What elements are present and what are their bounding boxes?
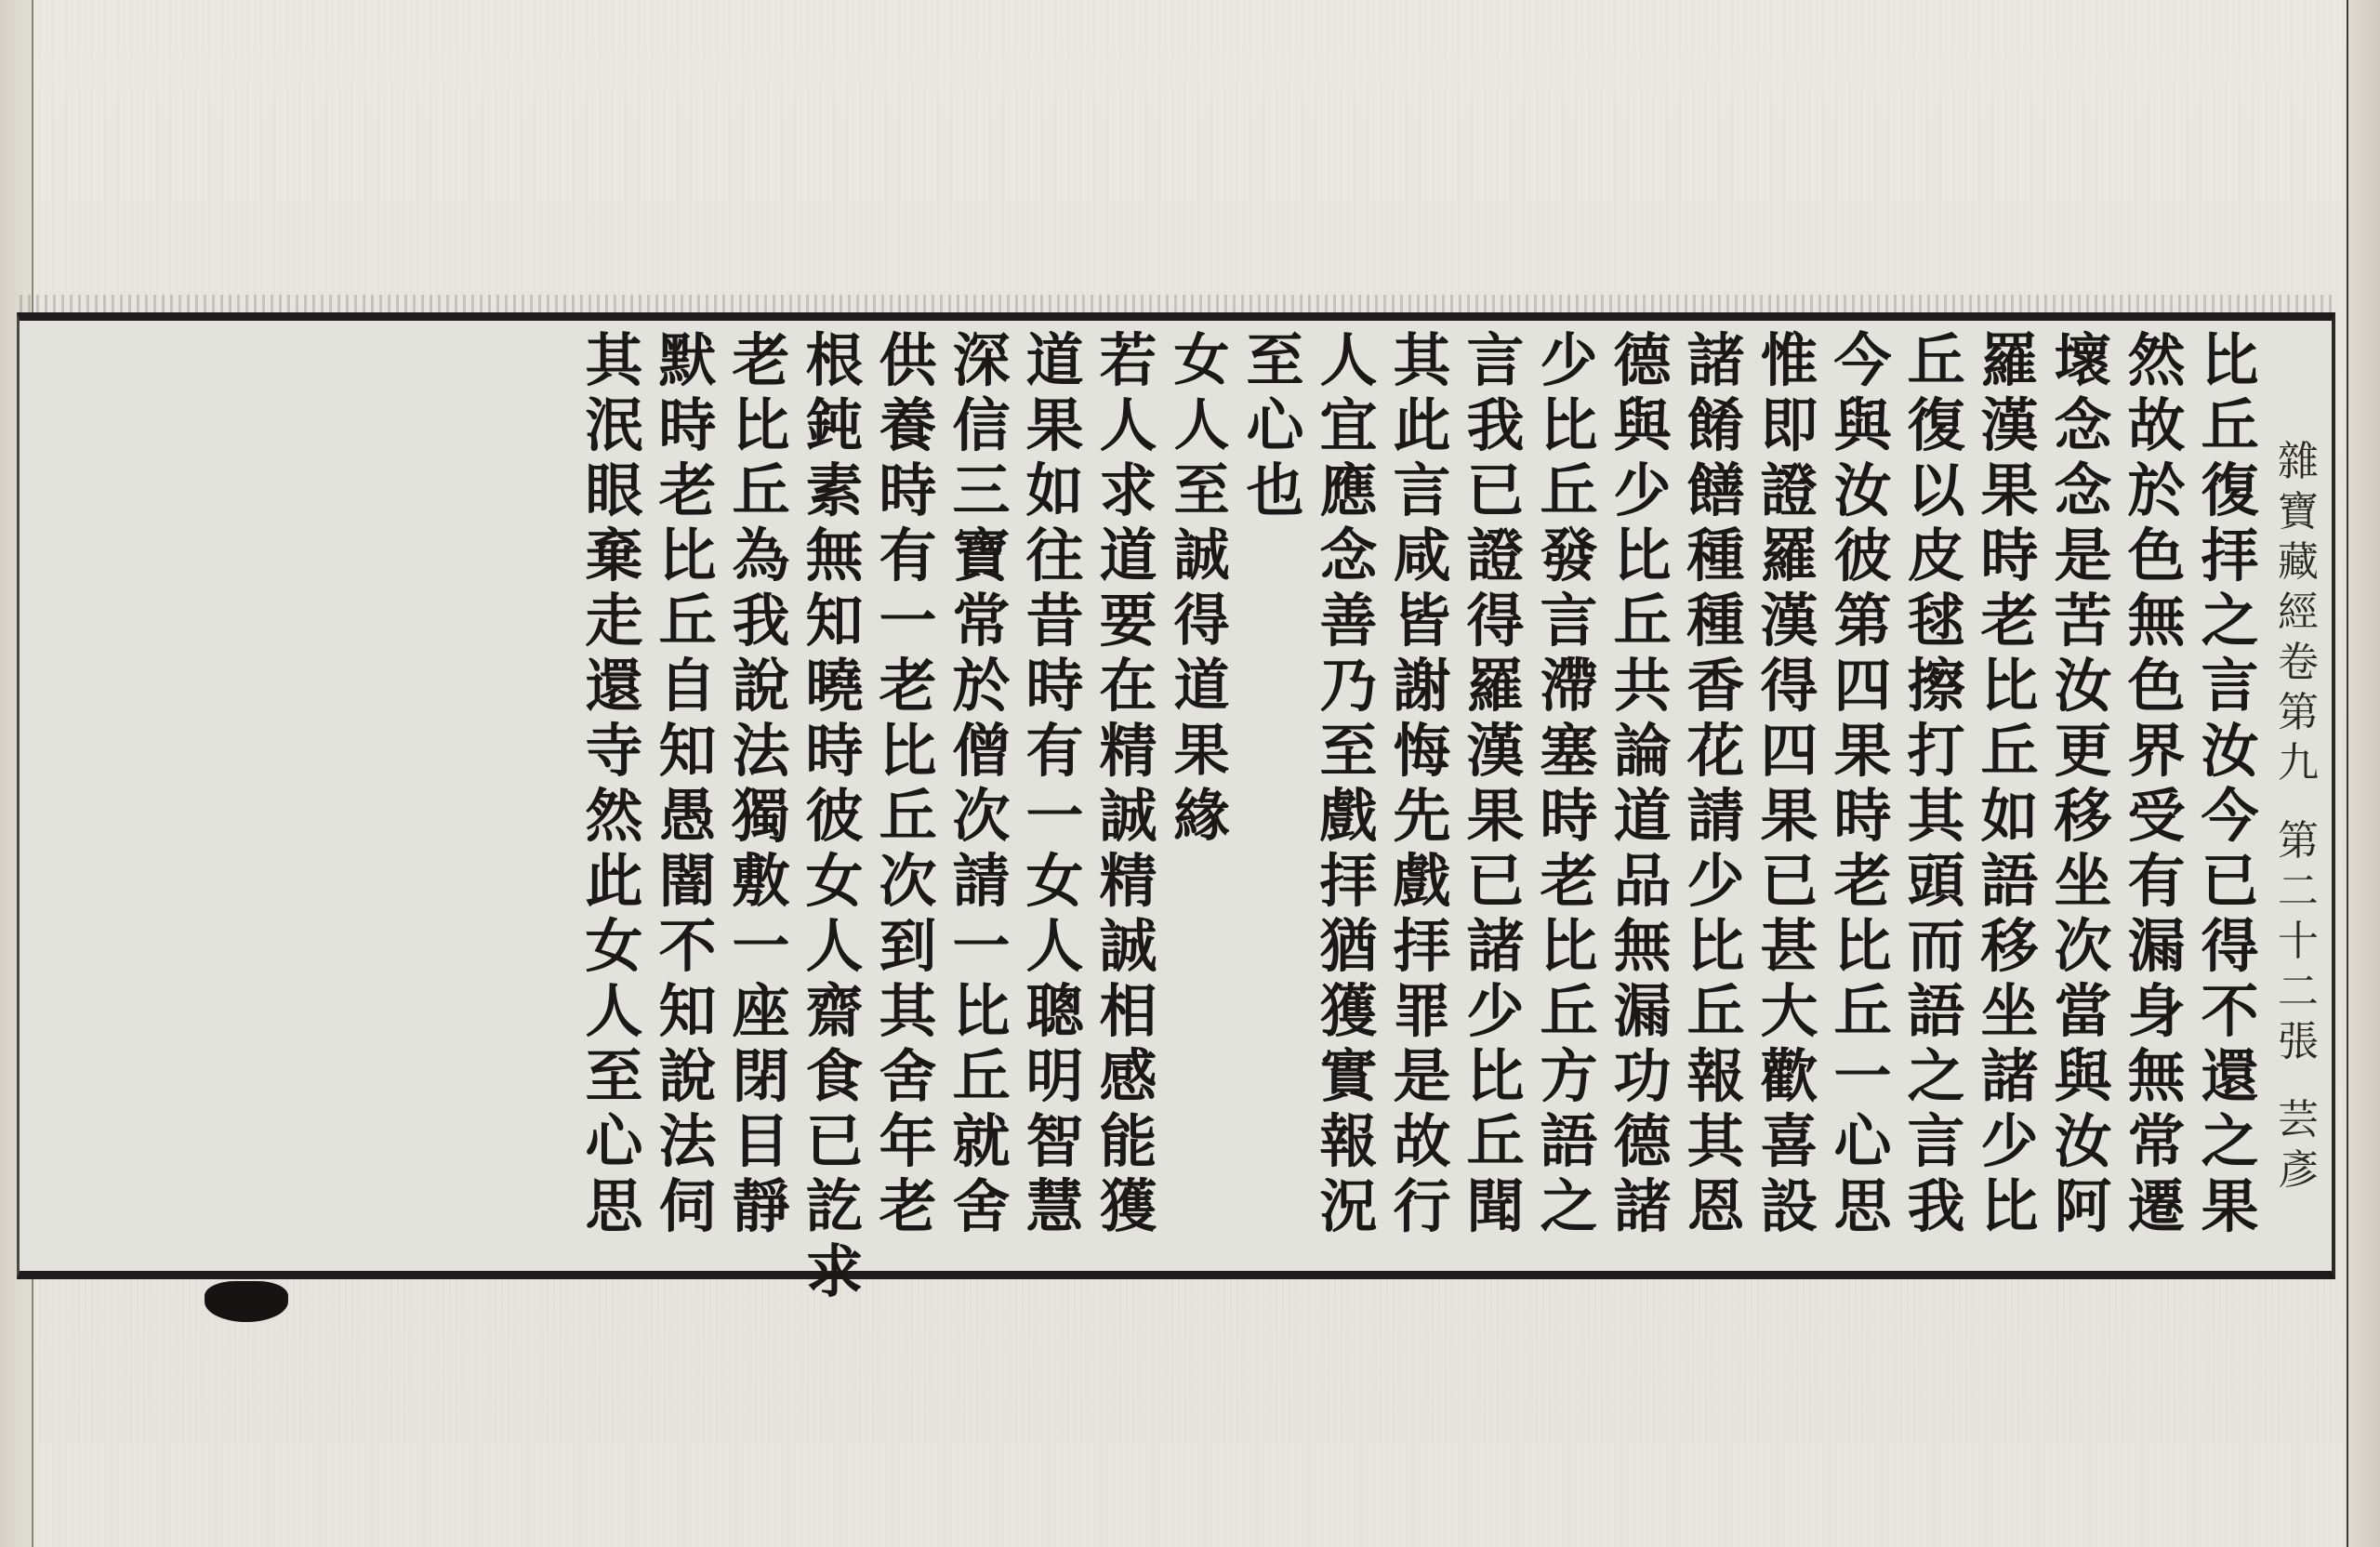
- glyph: 在: [1096, 654, 1161, 719]
- glyph: 汝: [2051, 654, 2116, 719]
- text-column: 然故於色無色界受有漏身無常遷: [2120, 321, 2193, 1271]
- glyph: 食: [802, 1044, 867, 1109]
- glyph: 女: [802, 849, 867, 914]
- glyph: 當: [2051, 979, 2116, 1044]
- glyph: 汝: [2198, 719, 2263, 784]
- text-columns: 比丘復拝之言汝今已得不還之果然故於色無色界受有漏身無常遷壞念念是苦汝更移坐次當與…: [57, 321, 2267, 1271]
- glyph: 設: [1757, 1174, 1822, 1239]
- glyph: 此: [582, 849, 647, 914]
- margin-glyph: 經: [2272, 588, 2324, 638]
- glyph: 復: [1904, 393, 1969, 458]
- glyph: 心: [1243, 393, 1308, 458]
- glyph: 為: [729, 523, 794, 588]
- glyph: 移: [1977, 914, 2043, 979]
- glyph: 證: [1757, 458, 1822, 523]
- glyph: 誠: [1096, 784, 1161, 849]
- glyph: 丘: [876, 784, 941, 849]
- glyph: 漢: [1977, 393, 2043, 458]
- glyph: 精: [1096, 719, 1161, 784]
- glyph: 言: [1537, 588, 1602, 654]
- glyph: 有: [876, 523, 941, 588]
- glyph: 老: [876, 1174, 941, 1239]
- section-title-column: 女人至誠得道果緣: [1165, 321, 1238, 1271]
- glyph: 心: [1831, 1109, 1896, 1174]
- glyph: 丘: [949, 1044, 1014, 1109]
- glyph: 宜: [1316, 393, 1382, 458]
- glyph: 猶: [1316, 914, 1382, 979]
- glyph: 得: [1463, 588, 1528, 654]
- glyph: 時: [802, 719, 867, 784]
- glyph: 塞: [1537, 719, 1602, 784]
- glyph: 移: [2051, 784, 2116, 849]
- glyph: 身: [2124, 979, 2189, 1044]
- glyph: 丘: [1463, 1109, 1528, 1174]
- glyph: 善: [1316, 588, 1382, 654]
- glyph: 舍: [876, 1044, 941, 1109]
- glyph: 之: [2198, 588, 2263, 654]
- glyph: 伺: [655, 1174, 721, 1239]
- glyph: 遷: [2124, 1174, 2189, 1239]
- glyph: 毬: [1904, 588, 1969, 654]
- text-column: 比丘復拝之言汝今已得不還之果: [2193, 321, 2267, 1271]
- glyph: 戲: [1390, 849, 1455, 914]
- glyph: 比: [2198, 328, 2263, 393]
- glyph: 是: [1390, 1044, 1455, 1109]
- glyph: 老: [876, 654, 941, 719]
- glyph: 其: [582, 328, 647, 393]
- glyph: 女: [1023, 849, 1088, 914]
- glyph: 少: [1463, 979, 1528, 1044]
- glyph: 少: [1684, 849, 1749, 914]
- glyph: 時: [876, 458, 941, 523]
- glyph: 女: [1170, 328, 1235, 393]
- glyph: 故: [2124, 393, 2189, 458]
- glyph: 餚: [1684, 393, 1749, 458]
- glyph: 諸: [1684, 328, 1749, 393]
- glyph: 心: [582, 1109, 647, 1174]
- margin-glyph: 十: [2272, 917, 2324, 967]
- glyph: 思: [1831, 1174, 1896, 1239]
- glyph: 色: [2124, 654, 2189, 719]
- glyph: 比: [655, 523, 721, 588]
- glyph: 品: [1610, 849, 1675, 914]
- margin-glyph: 芸: [2272, 1095, 2324, 1145]
- glyph: 走: [582, 588, 647, 654]
- margin-glyph: 卷: [2272, 638, 2324, 688]
- glyph: 果: [1977, 458, 2043, 523]
- glyph: 方: [1537, 1044, 1602, 1109]
- glyph: 歡: [1757, 1044, 1822, 1109]
- glyph: 年: [876, 1109, 941, 1174]
- glyph: 老: [655, 458, 721, 523]
- glyph: 與: [1831, 393, 1896, 458]
- glyph: 實: [1316, 1044, 1382, 1109]
- text-column: 丘復以皮毬擦打其頭而語之言我: [1899, 321, 1973, 1271]
- glyph: 咸: [1390, 523, 1455, 588]
- glyph: 信: [949, 393, 1014, 458]
- glyph: 至: [1170, 458, 1235, 523]
- glyph: 惟: [1757, 328, 1822, 393]
- glyph: 比: [1537, 914, 1602, 979]
- glyph: 無: [2124, 1044, 2189, 1109]
- glyph: 比: [949, 979, 1014, 1044]
- glyph: 果: [1170, 719, 1235, 784]
- glyph: 苦: [2051, 588, 2116, 654]
- glyph: 老: [1977, 588, 2043, 654]
- glyph: 與: [2051, 1044, 2116, 1109]
- glyph: 擦: [1904, 654, 1969, 719]
- text-column: 老比丘為我說法獨敷一座閉目靜: [724, 321, 798, 1271]
- glyph: 打: [1904, 719, 1969, 784]
- glyph: 論: [1610, 719, 1675, 784]
- margin-glyph: 九: [2272, 738, 2324, 788]
- glyph: 也: [1243, 458, 1308, 523]
- text-column: 少比丘發言滯塞時老比丘方語之: [1532, 321, 1606, 1271]
- glyph: 其: [1684, 1109, 1749, 1174]
- glyph: 求: [1096, 458, 1161, 523]
- glyph: 壞: [2051, 328, 2116, 393]
- text-column: 根鈍素無知曉時彼女人齋食已訖求: [798, 321, 871, 1271]
- margin-glyph: 二: [2272, 967, 2324, 1017]
- margin-glyph: 第: [2272, 816, 2324, 866]
- glyph: 言: [2198, 654, 2263, 719]
- glyph: 常: [949, 588, 1014, 654]
- glyph: 一: [876, 588, 941, 654]
- glyph: 丘: [655, 588, 721, 654]
- glyph: 拝: [1316, 849, 1382, 914]
- glyph: 人: [582, 979, 647, 1044]
- glyph: 閉: [729, 1044, 794, 1109]
- glyph: 拝: [2198, 523, 2263, 588]
- glyph: 時: [1023, 654, 1088, 719]
- text-column: 深信三寶常於僧次請一比丘就舍: [945, 321, 1018, 1271]
- glyph: 乃: [1316, 654, 1382, 719]
- glyph: 道: [1023, 328, 1088, 393]
- glyph: 比: [1977, 654, 2043, 719]
- glyph: 女: [582, 914, 647, 979]
- glyph: 道: [1096, 523, 1161, 588]
- glyph: 證: [1463, 523, 1528, 588]
- glyph: 即: [1757, 393, 1822, 458]
- glyph: 靜: [729, 1174, 794, 1239]
- glyph: 相: [1096, 979, 1161, 1044]
- text-column: 至心也: [1238, 321, 1312, 1271]
- glyph: 訖: [802, 1174, 867, 1239]
- glyph: 有: [2124, 849, 2189, 914]
- glyph: 到: [876, 914, 941, 979]
- glyph: 已: [1757, 849, 1822, 914]
- glyph: 一: [949, 914, 1014, 979]
- text-column: 供養時有一老比丘次到其舍年老: [871, 321, 945, 1271]
- glyph: 頭: [1904, 849, 1969, 914]
- glyph: 請: [1684, 784, 1749, 849]
- glyph: 人: [1170, 393, 1235, 458]
- glyph: 種: [1684, 588, 1749, 654]
- glyph: 德: [1610, 1109, 1675, 1174]
- glyph: 明: [1023, 1044, 1088, 1109]
- glyph: 復: [2198, 458, 2263, 523]
- glyph: 彼: [1831, 523, 1896, 588]
- glyph: 語: [1977, 849, 2043, 914]
- glyph: 行: [1390, 1174, 1455, 1239]
- glyph: 獲: [1096, 1174, 1161, 1239]
- glyph: 根: [802, 328, 867, 393]
- glyph: 少: [1610, 458, 1675, 523]
- glyph: 曉: [802, 654, 867, 719]
- glyph: 以: [1904, 458, 1969, 523]
- glyph: 我: [729, 588, 794, 654]
- glyph: 果: [2198, 1174, 2263, 1239]
- glyph: 求: [802, 1239, 867, 1304]
- glyph: 報: [1684, 1044, 1749, 1109]
- glyph: 羅: [1977, 328, 2043, 393]
- glyph: 比: [1537, 393, 1602, 458]
- glyph: 敷: [729, 849, 794, 914]
- glyph: 德: [1610, 328, 1675, 393]
- glyph: 漏: [2124, 914, 2189, 979]
- glyph: 之: [1904, 1044, 1969, 1109]
- glyph: 時: [1831, 784, 1896, 849]
- glyph: 目: [729, 1109, 794, 1174]
- glyph: 彼: [802, 784, 867, 849]
- glyph: 素: [802, 458, 867, 523]
- text-column: 壞念念是苦汝更移坐次當與汝阿: [2046, 321, 2120, 1271]
- margin-glyph: 二: [2272, 866, 2324, 917]
- glyph: 丘: [1831, 979, 1896, 1044]
- glyph: 其: [1904, 784, 1969, 849]
- glyph: 念: [1316, 523, 1382, 588]
- text-column: 羅漢果時老比丘如語移坐諸少比: [1973, 321, 2046, 1271]
- glyph: 罪: [1390, 979, 1455, 1044]
- glyph: 漢: [1757, 588, 1822, 654]
- scanned-page: 比丘復拝之言汝今已得不還之果然故於色無色界受有漏身無常遷壞念念是苦汝更移坐次當與…: [0, 0, 2380, 1547]
- glyph: 法: [729, 719, 794, 784]
- glyph: 默: [655, 328, 721, 393]
- glyph: 緣: [1170, 784, 1235, 849]
- glyph: 丘: [1610, 588, 1675, 654]
- glyph: 人: [1023, 914, 1088, 979]
- glyph: 是: [2051, 523, 2116, 588]
- glyph: 闇: [655, 849, 721, 914]
- glyph: 共: [1610, 654, 1675, 719]
- margin-glyph: 張: [2272, 1017, 2324, 1067]
- glyph: 果: [1831, 719, 1896, 784]
- glyph: 比: [1977, 1174, 2043, 1239]
- text-column: 默時老比丘自知愚闇不知說法伺: [651, 321, 724, 1271]
- glyph: 一: [729, 914, 794, 979]
- glyph: 更: [2051, 719, 2116, 784]
- glyph: 諸: [1463, 914, 1528, 979]
- glyph: 說: [729, 654, 794, 719]
- glyph: 眼: [582, 458, 647, 523]
- glyph: 老: [1831, 849, 1896, 914]
- text-frame: 比丘復拝之言汝今已得不還之果然故於色無色界受有漏身無常遷壞念念是苦汝更移坐次當與…: [17, 312, 2335, 1279]
- glyph: 饍: [1684, 458, 1749, 523]
- glyph: 之: [1537, 1174, 1602, 1239]
- glyph: 念: [2051, 458, 2116, 523]
- glyph: 時: [1537, 784, 1602, 849]
- text-column: 其泯眼棄走還寺然此女人至心思: [577, 321, 651, 1271]
- glyph: 羅: [1463, 654, 1528, 719]
- glyph: 果: [1023, 393, 1088, 458]
- glyph: 報: [1316, 1109, 1382, 1174]
- glyph: 誠: [1170, 523, 1235, 588]
- glyph: 已: [1463, 849, 1528, 914]
- glyph: 諸: [1610, 1174, 1675, 1239]
- glyph: 汝: [2051, 1109, 2116, 1174]
- glyph: 能: [1096, 1109, 1161, 1174]
- glyph: 不: [655, 914, 721, 979]
- glyph: 界: [2124, 719, 2189, 784]
- glyph: 丘: [1537, 979, 1602, 1044]
- glyph: 僧: [949, 719, 1014, 784]
- glyph: 說: [655, 1044, 721, 1109]
- glyph: 比: [876, 719, 941, 784]
- glyph: 香: [1684, 654, 1749, 719]
- glyph: 人: [1096, 393, 1161, 458]
- glyph: 座: [729, 979, 794, 1044]
- glyph: 知: [802, 588, 867, 654]
- glyph: 時: [655, 393, 721, 458]
- text-column: 人宜應念善乃至戲拝猶獲實報況: [1312, 321, 1385, 1271]
- glyph: 大: [1757, 979, 1822, 1044]
- glyph: 果: [1463, 784, 1528, 849]
- text-column: 言我已證得羅漢果已諸少比丘聞: [1459, 321, 1532, 1271]
- glyph: 自: [655, 654, 721, 719]
- glyph: 次: [876, 849, 941, 914]
- glyph: 無: [802, 523, 867, 588]
- glyph: 寺: [582, 719, 647, 784]
- text-column: 其此言咸皆謝悔先戲拝罪是故行: [1385, 321, 1459, 1271]
- glyph: 漢: [1463, 719, 1528, 784]
- text-column: 惟即證羅漢得四果已甚大歡喜設: [1752, 321, 1826, 1271]
- glyph: 此: [1390, 393, 1455, 458]
- text-column: 道果如往昔時有一女人聰明智慧: [1018, 321, 1091, 1271]
- text-column: 德與少比丘共論道品無漏功德諸: [1606, 321, 1679, 1271]
- glyph: 要: [1096, 588, 1161, 654]
- glyph: 我: [1904, 1174, 1969, 1239]
- glyph: 鈍: [802, 393, 867, 458]
- glyph: 一: [1831, 1044, 1896, 1109]
- glyph: 拝: [1390, 914, 1455, 979]
- glyph: 戲: [1316, 784, 1382, 849]
- glyph: 我: [1463, 393, 1528, 458]
- glyph: 今: [2198, 784, 2263, 849]
- glyph: 舍: [949, 1174, 1014, 1239]
- glyph: 得: [1170, 588, 1235, 654]
- glyph: 若: [1096, 328, 1161, 393]
- text-column: 若人求道要在精誠精誠相感能獲: [1091, 321, 1165, 1271]
- glyph: 丘: [2198, 393, 2263, 458]
- glyph: 念: [2051, 393, 2116, 458]
- glyph: 獲: [1316, 979, 1382, 1044]
- glyph: 聞: [1463, 1174, 1528, 1239]
- glyph: 思: [582, 1174, 647, 1239]
- glyph: 比: [729, 393, 794, 458]
- glyph: 得: [2198, 914, 2263, 979]
- glyph: 丘: [1684, 979, 1749, 1044]
- glyph: 不: [2198, 979, 2263, 1044]
- glyph: 請: [949, 849, 1014, 914]
- glyph: 諸: [1977, 1044, 2043, 1109]
- glyph: 先: [1390, 784, 1455, 849]
- glyph: 道: [1610, 784, 1675, 849]
- glyph: 知: [655, 719, 721, 784]
- glyph: 法: [655, 1109, 721, 1174]
- glyph: 種: [1684, 523, 1749, 588]
- glyph: 昔: [1023, 588, 1088, 654]
- glyph: 就: [949, 1109, 1014, 1174]
- glyph: 三: [949, 458, 1014, 523]
- glyph: 言: [1390, 458, 1455, 523]
- glyph: 阿: [2051, 1174, 2116, 1239]
- glyph: 老: [729, 328, 794, 393]
- glyph: 恩: [1684, 1174, 1749, 1239]
- glyph: 於: [2124, 458, 2189, 523]
- glyph: 果: [1757, 784, 1822, 849]
- glyph: 然: [582, 784, 647, 849]
- glyph: 聰: [1023, 979, 1088, 1044]
- glyph: 慧: [1023, 1174, 1088, 1239]
- glyph: 知: [655, 979, 721, 1044]
- glyph: 坐: [1977, 979, 2043, 1044]
- glyph: 人: [1316, 328, 1382, 393]
- glyph: 第: [1831, 588, 1896, 654]
- glyph: 精: [1096, 849, 1161, 914]
- glyph: 比: [1684, 914, 1749, 979]
- glyph: 與: [1610, 393, 1675, 458]
- glyph: 比: [1610, 523, 1675, 588]
- glyph: 無: [2124, 588, 2189, 654]
- glyph: 已: [802, 1109, 867, 1174]
- glyph: 深: [949, 328, 1014, 393]
- glyph: 其: [876, 979, 941, 1044]
- glyph: 一: [1023, 784, 1088, 849]
- glyph: 如: [1023, 458, 1088, 523]
- glyph: 悔: [1390, 719, 1455, 784]
- glyph: 誠: [1096, 914, 1161, 979]
- glyph: 棄: [582, 523, 647, 588]
- glyph: 感: [1096, 1044, 1161, 1109]
- glyph: 往: [1023, 523, 1088, 588]
- glyph: 還: [2198, 1044, 2263, 1109]
- glyph: 常: [2124, 1109, 2189, 1174]
- glyph: 羅: [1757, 523, 1822, 588]
- glyph: 坐: [2051, 849, 2116, 914]
- glyph: 受: [2124, 784, 2189, 849]
- glyph: 有: [1023, 719, 1088, 784]
- glyph: 獨: [729, 784, 794, 849]
- glyph: 發: [1537, 523, 1602, 588]
- glyph: 養: [876, 393, 941, 458]
- glyph: 甚: [1757, 914, 1822, 979]
- glyph: 色: [2124, 523, 2189, 588]
- glyph: 而: [1904, 914, 1969, 979]
- glyph: 比: [1831, 914, 1896, 979]
- glyph: 老: [1537, 849, 1602, 914]
- glyph: 至: [1243, 328, 1308, 393]
- glyph: 四: [1757, 719, 1822, 784]
- glyph: 汝: [1831, 458, 1896, 523]
- margin-note: 雜寶藏經卷第九 第二十二張 芸彥 雜寶藏經卷第九第二十二張芸彥: [2270, 437, 2326, 1196]
- glyph: 至: [1316, 719, 1382, 784]
- glyph: 漏: [1610, 979, 1675, 1044]
- glyph: 泯: [582, 393, 647, 458]
- glyph: 已: [2198, 849, 2263, 914]
- glyph: 然: [2124, 328, 2189, 393]
- glyph: 丘: [1904, 328, 1969, 393]
- glyph: 言: [1904, 1109, 1969, 1174]
